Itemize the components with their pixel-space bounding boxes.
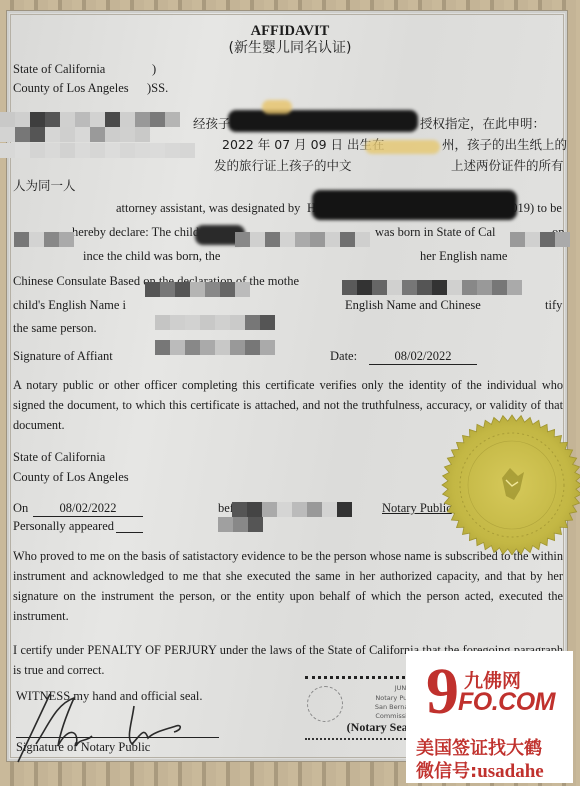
venue-state-mark: ) [152, 63, 156, 76]
redaction-mosaic [14, 232, 74, 247]
en-line-5-end: tify [545, 299, 562, 312]
notary-signature-line [16, 737, 219, 738]
ack-body: Who proved to me on the basis of satista… [13, 546, 563, 626]
watermark-logo-domain: FO.COM [458, 688, 555, 717]
document-title: AFFIDAVIT [0, 24, 580, 39]
en-line-6: the same person. [13, 322, 97, 335]
redaction-marker [312, 190, 517, 220]
watermark-badge: 9 九佛网 FO.COM 美国签证找大鹤 微信号:usadahe [406, 651, 573, 783]
cn-line-4: 人为同一人 [13, 180, 76, 193]
ack-state: State of California [13, 451, 105, 464]
redaction-mosaic [0, 112, 180, 127]
ack-personally-appeared-blank [116, 520, 143, 533]
venue-county: County of Los Angeles [13, 82, 129, 95]
redaction-mosaic [235, 232, 370, 247]
ack-personally-appeared: Personally appeared [13, 520, 114, 533]
date-label: Date: [330, 350, 357, 363]
en-line-5-tail: English Name and Chinese [345, 299, 481, 312]
en-line-2-tail: was born in State of Cal [375, 226, 495, 239]
redaction-mosaic [218, 517, 263, 532]
redaction-marker [228, 110, 418, 132]
state-seal-icon [307, 686, 343, 722]
en-line-3: ince the child was born, the [83, 250, 220, 263]
notary-handwritten-signature [14, 686, 194, 766]
redaction-mosaic [155, 340, 275, 355]
en-line-1: attorney assistant, was designated by [116, 202, 300, 215]
redaction-mosaic [510, 232, 570, 247]
cn-line-3: 发的旅行证上孩子的中文 [214, 160, 352, 173]
cn-line-3-tail: 上述两份证件的所有 [451, 160, 564, 173]
gold-embossed-seal-icon [440, 410, 580, 555]
redaction-mosaic [342, 280, 522, 295]
cn-line-2: 2022 年 07 月 09 日 出生在 [222, 139, 384, 152]
venue-state: State of California [13, 63, 105, 76]
en-line-3-tail: her English name [420, 250, 507, 263]
cn-line-1-tail: 授权指定，在此申明： [420, 118, 545, 131]
redaction-mosaic [0, 127, 150, 142]
affiant-date-value: 08/02/2022 [369, 350, 477, 365]
watermark-wechat-id: usadahe [477, 761, 544, 782]
redaction-highlight [365, 140, 440, 154]
watermark-logo-number: 9 [426, 659, 459, 725]
stamp-bottom-border [305, 738, 417, 742]
affiant-signature-label: Signature of Affiant [13, 350, 113, 363]
en-line-5: child's English Name i [13, 299, 126, 312]
stamp-top-border [305, 676, 417, 683]
venue-county-mark: )SS. [147, 82, 168, 95]
ack-on-date: 08/02/2022 [33, 502, 143, 517]
ack-on-label: On [13, 502, 28, 515]
cn-line-2-tail: 州，孩子的出生纸上的 [442, 139, 567, 152]
notary-seal-stamp: JUNYU Notary Publi San Bernard Commissio… [297, 674, 417, 754]
ack-county: County of Los Angeles [13, 471, 129, 484]
redaction-mosaic [0, 143, 195, 158]
redaction-highlight [262, 100, 292, 114]
en-line-2: hereby declare: The child [72, 226, 199, 239]
watermark-wechat-label: 微信号: [416, 761, 477, 782]
document-subtitle: (新生婴儿同名认证) [0, 41, 580, 55]
watermark-wechat: 微信号:usadahe [416, 757, 544, 783]
redaction-mosaic [155, 315, 275, 330]
redaction-mosaic [145, 282, 250, 297]
notary-signature-label: Signature of Notary Public [16, 741, 150, 754]
redaction-mosaic [232, 502, 352, 517]
stamp-notary-seal-label: (Notary Seal) [347, 720, 415, 735]
